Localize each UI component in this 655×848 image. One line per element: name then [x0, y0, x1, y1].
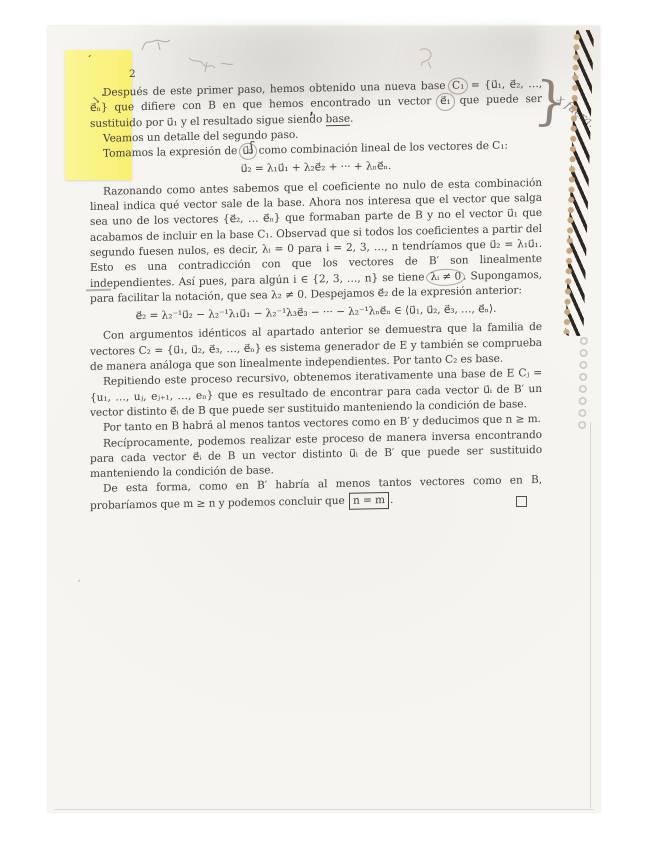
pencil-scribble-icon	[138, 32, 190, 58]
paper-speck	[78, 580, 80, 582]
notebook-page: ’ 2 } x fuera. ↘ ’ ʃ Después de este pri…	[48, 26, 600, 812]
text-run: Tomamos la expresión de	[103, 145, 241, 160]
page-number: 2	[129, 68, 136, 80]
page-edge	[590, 422, 591, 808]
underlined-base: base	[326, 112, 350, 125]
paragraph-4: Razonando como antes sabemos que el coef…	[90, 176, 542, 307]
boxed-result-n-equals-m: n = m	[349, 492, 389, 510]
page-bottom-edge	[54, 809, 594, 810]
spiral-binding-faint	[577, 336, 590, 432]
text-run: como combinación lineal de los vectores …	[255, 140, 508, 157]
scanned-notebook-photo: ’ 2 } x fuera. ↘ ’ ʃ Después de este pri…	[0, 0, 655, 848]
pencil-circled-lambda: λᵢ ≠ 0	[426, 268, 465, 286]
pencil-scribble-icon	[185, 50, 241, 80]
sticky-pen-mark: ’	[85, 54, 91, 65]
pencil-scribble-icon	[410, 44, 444, 74]
qed-square-icon	[516, 496, 527, 507]
text-run: .	[390, 494, 393, 506]
body-text: Después de este primer paso, hemos obten…	[90, 77, 542, 515]
text-run: .	[350, 112, 353, 124]
